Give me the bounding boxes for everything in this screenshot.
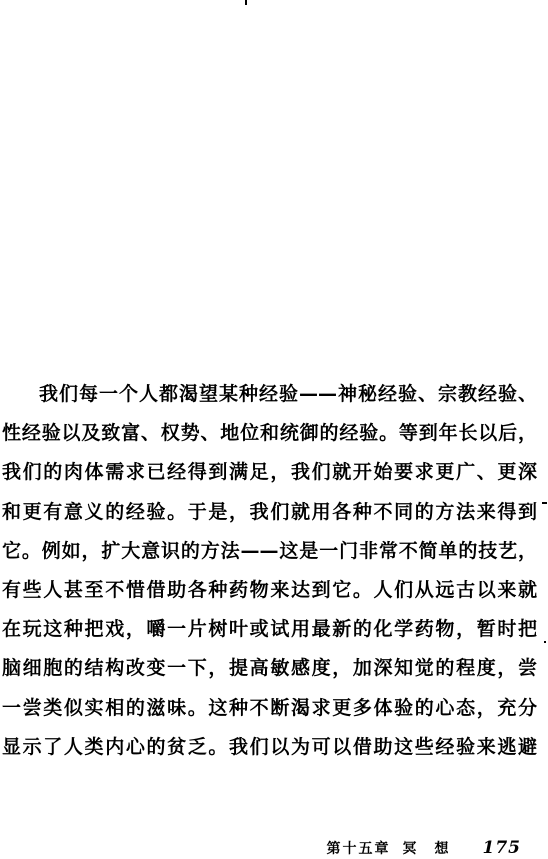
paragraph-block: 我们每一个人都渴望某种经验——神秘经验、宗教经验、 性经验以及致富、权势、地位和… [2, 375, 537, 767]
text-line: 我们每一个人都渴望某种经验——神秘经验、宗教经验、 [2, 375, 537, 414]
footer-page-number: 175 [483, 838, 522, 858]
footer-chapter-title: 冥 想 [403, 838, 451, 858]
text-line: 显示了人类内心的贫乏。我们以为可以借助这些经验来逃避 [2, 728, 537, 767]
text-line: 和更有意义的经验。于是，我们就用各种不同的方法来得到 [2, 493, 537, 532]
book-page: 我们每一个人都渴望某种经验——神秘经验、宗教经验、 性经验以及致富、权势、地位和… [0, 0, 548, 859]
scan-speck-right-margin [544, 641, 546, 643]
text-line: 它。例如，扩大意识的方法——这是一门非常不简单的技艺， [2, 532, 537, 571]
scan-speck-right-margin [542, 502, 547, 504]
text-line: 我们的肉体需求已经得到满足，我们就开始要求更广、更深 [2, 453, 537, 492]
text-line: 一尝类似实相的滋味。这种不断渴求更多体验的心态，充分 [2, 689, 537, 728]
footer-chapter-number: 第十五章 [327, 838, 391, 858]
text-line: 性经验以及致富、权势、地位和统御的经验。等到年长以后， [2, 414, 537, 453]
text-line: 有些人甚至不惜借助各种药物来达到它。人们从远古以来就 [2, 571, 537, 610]
text-line: 脑细胞的结构改变一下，提高敏感度，加深知觉的程度，尝 [2, 649, 537, 688]
scan-speck-top [245, 0, 247, 5]
text-line: 在玩这种把戏，嚼一片树叶或试用最新的化学药物，暂时把 [2, 610, 537, 649]
page-footer: 第十五章 冥 想 175 [327, 838, 522, 858]
